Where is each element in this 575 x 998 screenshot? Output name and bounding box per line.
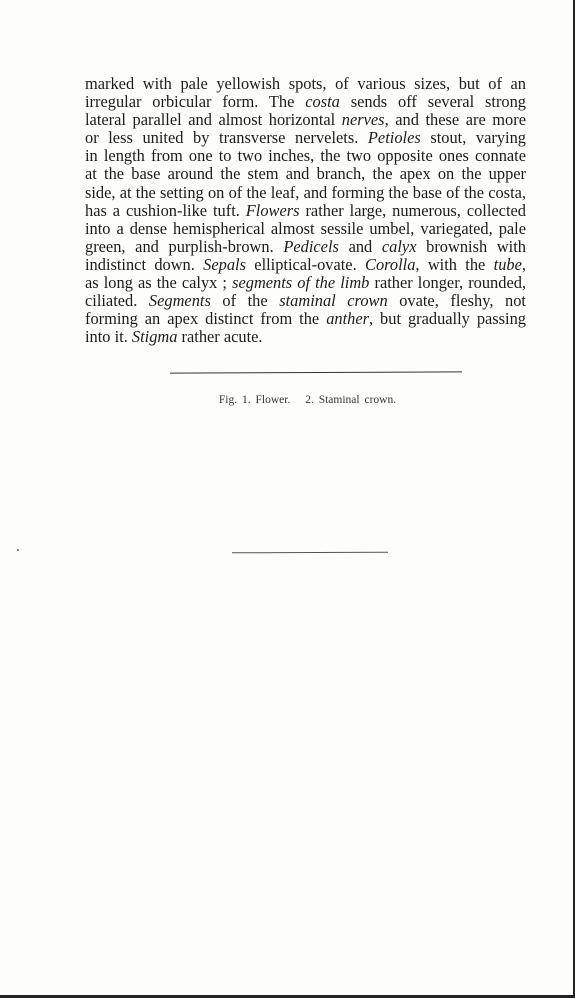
text-line: in length from one to two inches, the tw…: [85, 147, 526, 165]
page-speck: [17, 549, 19, 551]
italic-term: calyx: [382, 237, 417, 256]
text-run: elliptical-ovate.: [246, 255, 365, 274]
text-run: , with the: [415, 255, 493, 274]
text-run: ovate, fleshy, not: [388, 291, 526, 310]
italic-term: Flowers: [246, 201, 300, 220]
italic-term: anther: [326, 309, 369, 328]
text-run: as long as the calyx ;: [85, 273, 232, 292]
text-run: green, and purplish-brown.: [85, 237, 283, 256]
italic-term: Petioles: [368, 128, 421, 147]
caption-fig-1: Fig. 1. Flower.: [219, 394, 290, 406]
text-line: green, and purplish-brown. Pedicels and …: [85, 238, 526, 256]
text-line: lateral parallel and almost horizontal n…: [85, 111, 526, 129]
text-run: , but gradually passing: [369, 309, 526, 328]
text-run: rather acute.: [177, 327, 262, 346]
text-line: into it. Stigma rather acute.: [85, 328, 526, 346]
document-page: marked with pale yellowish spots, of var…: [0, 0, 575, 998]
text-run: into a dense hemispherical almost sessil…: [85, 219, 526, 238]
text-run: side, at the setting on of the leaf, and…: [85, 183, 526, 202]
text-run: rather large, numerous, collected: [300, 201, 526, 220]
text-run: irregular orbicular form. The: [85, 92, 305, 111]
text-line: into a dense hemispherical almost sessil…: [85, 220, 526, 238]
text-line: irregular orbicular form. The costa send…: [85, 93, 526, 111]
text-run: into it.: [85, 327, 132, 346]
text-run: indistinct down.: [85, 255, 203, 274]
body-paragraph: marked with pale yellowish spots, of var…: [85, 75, 526, 346]
text-run: , and these are more: [385, 110, 526, 129]
text-run: stout, varying: [421, 128, 526, 147]
text-line: has a cushion-like tuft. Flowers rather …: [85, 202, 526, 220]
text-run: marked with pale yellowish spots, of var…: [85, 74, 526, 93]
text-line: or less united by transverse nervelets. …: [85, 129, 526, 147]
text-line: at the base around the stem and branch, …: [85, 165, 526, 183]
italic-term: Pedicels: [283, 237, 339, 256]
text-line: ciliated. Segments of the staminal crown…: [85, 292, 526, 310]
text-run: at the base around the stem and branch, …: [85, 164, 526, 183]
italic-term: nerves: [342, 110, 385, 129]
italic-term: tube: [494, 255, 522, 274]
caption-fig-2: 2. Staminal crown.: [305, 394, 396, 406]
italic-term: costa: [305, 92, 340, 111]
italic-term: segments of the limb: [232, 273, 369, 292]
italic-term: Sepals: [203, 255, 246, 274]
text-line: as long as the calyx ; segments of the l…: [85, 274, 526, 292]
figure-separator-rule: [170, 371, 462, 373]
text-run: lateral parallel and almost horizontal: [85, 110, 342, 129]
figure-caption: Fig. 1. Flower. 2. Staminal crown.: [0, 394, 575, 406]
text-run: and: [339, 237, 382, 256]
text-line: side, at the setting on of the leaf, and…: [85, 184, 526, 202]
italic-term: staminal crown: [279, 291, 387, 310]
text-run: in length from one to two inches, the tw…: [85, 146, 526, 165]
text-run: has a cushion-like tuft.: [85, 201, 246, 220]
text-run: brownish with: [416, 237, 526, 256]
italic-term: Corolla: [365, 255, 415, 274]
text-run: of the: [211, 291, 279, 310]
italic-term: Stigma: [132, 327, 178, 346]
text-line: indistinct down. Sepals elliptical-ovate…: [85, 256, 526, 274]
text-run: rather longer, rounded,: [369, 273, 526, 292]
text-run: forming an apex distinct from the: [85, 309, 326, 328]
text-run: ciliated.: [85, 291, 149, 310]
section-end-rule: [232, 552, 388, 554]
text-run: or less united by transverse nervelets.: [85, 128, 368, 147]
text-run: ,: [522, 255, 526, 274]
italic-term: Segments: [149, 291, 211, 310]
text-run: sends off several strong: [340, 92, 526, 111]
text-line: marked with pale yellowish spots, of var…: [85, 75, 526, 93]
text-line: forming an apex distinct from the anther…: [85, 310, 526, 328]
